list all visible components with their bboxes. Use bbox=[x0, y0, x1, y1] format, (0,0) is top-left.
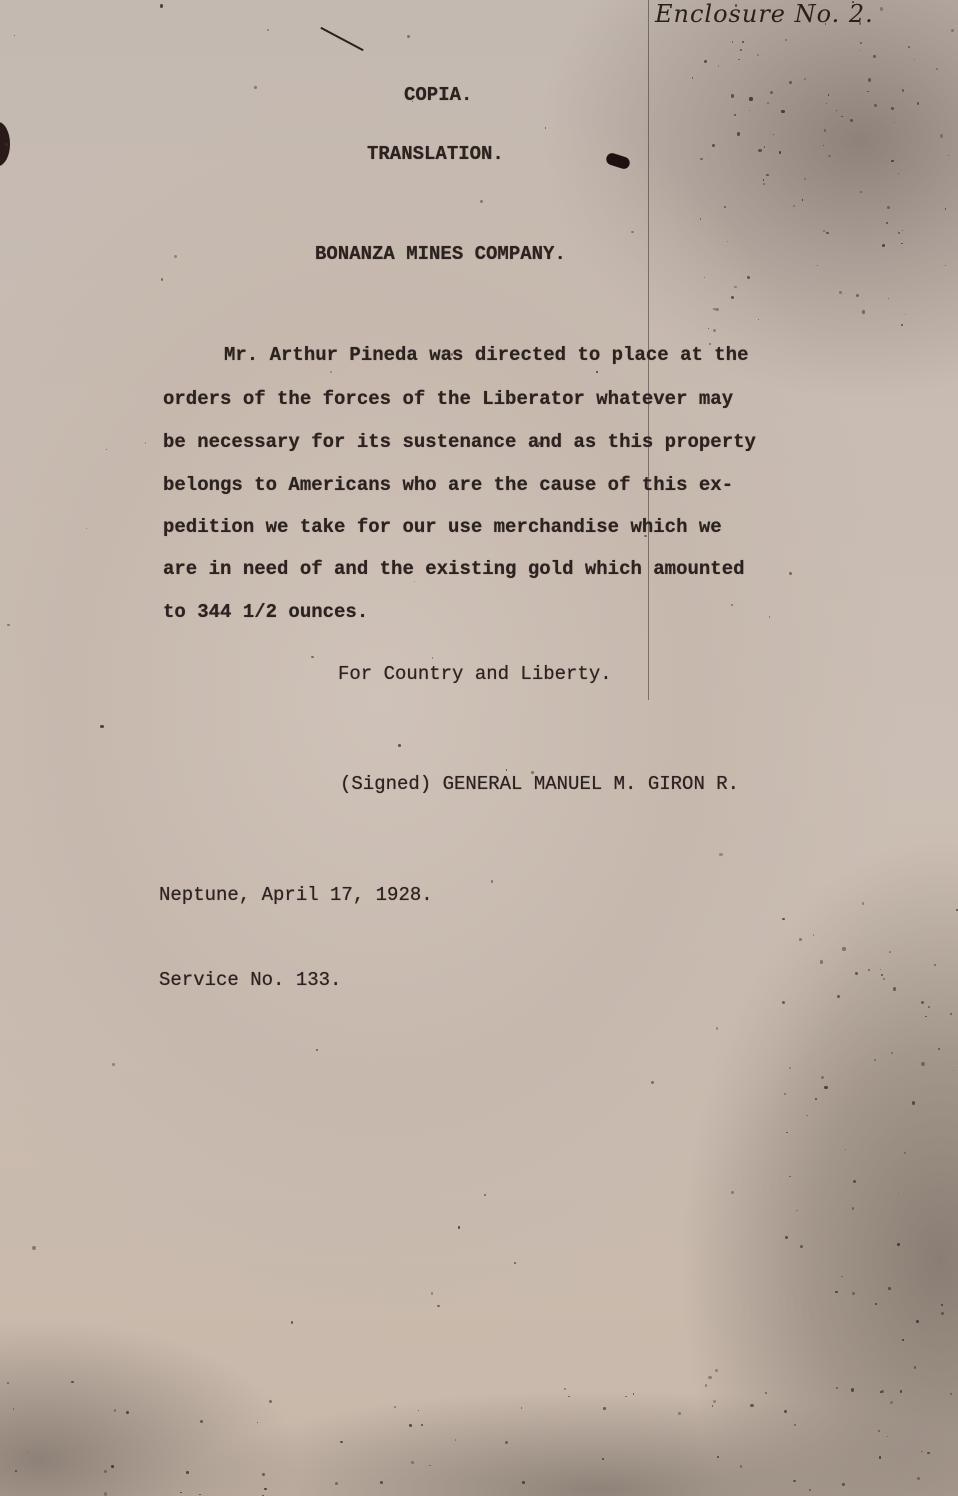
speck bbox=[111, 1465, 113, 1467]
speck bbox=[763, 183, 765, 185]
speck bbox=[200, 1420, 203, 1423]
speck bbox=[891, 160, 893, 162]
speck bbox=[603, 1407, 606, 1410]
speck bbox=[902, 1339, 904, 1341]
speck bbox=[267, 29, 269, 31]
speck bbox=[316, 1049, 318, 1051]
speck bbox=[785, 39, 787, 41]
speck bbox=[941, 1312, 944, 1315]
speck bbox=[625, 1396, 627, 1398]
speck bbox=[879, 1456, 882, 1459]
speck bbox=[784, 1410, 787, 1413]
speck bbox=[765, 1392, 767, 1394]
speck bbox=[429, 1465, 431, 1467]
speck bbox=[708, 328, 710, 330]
speck bbox=[700, 158, 703, 161]
speck bbox=[841, 116, 842, 117]
speck bbox=[330, 371, 332, 373]
speck bbox=[716, 1027, 718, 1029]
speck bbox=[437, 1305, 439, 1307]
speck bbox=[815, 1098, 817, 1100]
speck bbox=[925, 1016, 926, 1017]
speck bbox=[824, 129, 826, 131]
speck bbox=[880, 7, 883, 10]
speck bbox=[837, 995, 840, 998]
place-date: Neptune, April 17, 1928. bbox=[159, 884, 433, 906]
speck bbox=[757, 54, 759, 56]
speck bbox=[14, 35, 16, 37]
speck bbox=[431, 1292, 433, 1294]
speck bbox=[881, 1390, 884, 1393]
speck bbox=[311, 656, 313, 658]
speck bbox=[651, 1081, 654, 1084]
speck bbox=[789, 81, 792, 84]
speck bbox=[934, 964, 936, 966]
speck bbox=[823, 230, 825, 232]
speck bbox=[953, 1070, 954, 1071]
speck bbox=[938, 1048, 940, 1050]
speck bbox=[254, 86, 257, 89]
speck bbox=[828, 94, 829, 95]
speck bbox=[860, 191, 862, 193]
speck bbox=[901, 324, 903, 326]
body-line: pedition we take for our use merchandise… bbox=[163, 516, 722, 538]
speck bbox=[880, 969, 882, 971]
speck bbox=[692, 77, 694, 79]
speck bbox=[898, 173, 900, 175]
speck bbox=[917, 102, 920, 105]
speck bbox=[821, 1076, 824, 1079]
speck bbox=[890, 1401, 893, 1404]
speck bbox=[764, 146, 766, 148]
speck bbox=[889, 951, 891, 953]
speck bbox=[264, 1488, 267, 1491]
speck bbox=[380, 1481, 383, 1484]
speck bbox=[894, 122, 895, 123]
speck bbox=[5, 143, 8, 146]
speck bbox=[888, 298, 889, 299]
speck bbox=[749, 97, 752, 100]
speck bbox=[740, 1465, 743, 1468]
speck bbox=[940, 134, 943, 137]
speck bbox=[793, 205, 795, 207]
speck bbox=[414, 581, 415, 582]
speck bbox=[874, 1059, 876, 1061]
handwritten-annotation: Enclosure No. 2. bbox=[655, 0, 874, 28]
speck bbox=[897, 1243, 900, 1246]
speck bbox=[269, 1400, 272, 1403]
body-line: Mr. Arthur Pineda was directed to place … bbox=[224, 344, 749, 366]
speck bbox=[411, 1461, 414, 1464]
speck bbox=[724, 206, 726, 208]
speck bbox=[32, 1246, 35, 1249]
speck bbox=[731, 296, 734, 299]
speck bbox=[731, 94, 734, 97]
speck bbox=[887, 1436, 888, 1437]
speck bbox=[770, 91, 773, 94]
speck bbox=[898, 232, 900, 234]
speck bbox=[514, 1262, 516, 1264]
speck bbox=[7, 1382, 8, 1383]
speck bbox=[715, 308, 718, 311]
speck bbox=[809, 1489, 811, 1491]
speck bbox=[782, 918, 784, 920]
speck bbox=[891, 1052, 893, 1054]
speck bbox=[713, 1400, 716, 1403]
speck bbox=[782, 1001, 785, 1004]
speck bbox=[860, 50, 861, 51]
speck bbox=[841, 1276, 842, 1277]
speck bbox=[27, 1451, 28, 1452]
speck bbox=[887, 206, 890, 209]
speck bbox=[712, 144, 715, 147]
speck bbox=[945, 208, 946, 209]
speck bbox=[531, 771, 534, 774]
speck bbox=[806, 1115, 808, 1117]
speck bbox=[862, 310, 865, 313]
speck bbox=[734, 286, 737, 289]
speck bbox=[747, 276, 750, 279]
speck bbox=[883, 978, 885, 980]
speck bbox=[704, 277, 705, 278]
speck bbox=[750, 1404, 753, 1407]
speck bbox=[732, 41, 733, 42]
speck bbox=[705, 1384, 708, 1387]
speck bbox=[891, 107, 894, 110]
speck bbox=[859, 22, 862, 25]
body-line: to 344 1/2 ounces. bbox=[163, 601, 368, 623]
heading-company: BONANZA MINES COMPANY. bbox=[315, 243, 566, 265]
speck bbox=[898, 1193, 899, 1194]
speck bbox=[398, 744, 401, 747]
speck bbox=[644, 535, 647, 538]
speck bbox=[851, 1388, 854, 1391]
speck bbox=[104, 1492, 107, 1495]
speck bbox=[781, 110, 784, 113]
speck bbox=[950, 1393, 952, 1395]
speck bbox=[825, 23, 826, 24]
body-line: orders of the forces of the Liberator wh… bbox=[163, 388, 733, 410]
speck bbox=[758, 149, 761, 152]
speck bbox=[927, 1452, 929, 1454]
speck bbox=[902, 230, 903, 231]
document-page: Enclosure No. 2. COPIA. TRANSLATION. BON… bbox=[0, 0, 958, 1496]
speck bbox=[505, 1441, 508, 1444]
ink-blot bbox=[605, 152, 632, 171]
speck bbox=[948, 155, 949, 156]
speck bbox=[917, 1477, 920, 1480]
speck bbox=[826, 103, 827, 104]
speck bbox=[407, 35, 410, 38]
speck bbox=[455, 1439, 456, 1440]
speck bbox=[418, 1410, 419, 1411]
speck bbox=[893, 987, 896, 990]
speck bbox=[734, 114, 736, 116]
speck bbox=[855, 972, 858, 975]
speck bbox=[921, 1001, 924, 1004]
speck bbox=[596, 371, 598, 373]
speck bbox=[779, 151, 782, 154]
speck bbox=[826, 232, 828, 234]
speck bbox=[850, 119, 853, 122]
speck bbox=[853, 1180, 856, 1183]
speck bbox=[908, 46, 910, 48]
closing-line: For Country and Liberty. bbox=[338, 663, 612, 685]
speck bbox=[823, 145, 824, 146]
speck bbox=[394, 1406, 396, 1408]
speck bbox=[836, 110, 837, 111]
speck bbox=[769, 616, 770, 617]
speck bbox=[737, 132, 740, 135]
speck bbox=[521, 1407, 523, 1409]
speck bbox=[262, 1473, 265, 1476]
speck bbox=[766, 174, 768, 176]
speck bbox=[727, 241, 728, 242]
speck bbox=[950, 1013, 952, 1015]
service-number: Service No. 133. bbox=[159, 969, 341, 991]
speck bbox=[862, 902, 865, 905]
speck bbox=[731, 604, 733, 606]
speck bbox=[945, 265, 946, 266]
speck bbox=[773, 134, 774, 135]
body-line: belongs to Americans who are the cause o… bbox=[163, 474, 733, 496]
speck bbox=[874, 104, 877, 107]
speck bbox=[852, 1, 854, 3]
speck bbox=[856, 294, 859, 297]
speck bbox=[740, 49, 742, 51]
speck bbox=[928, 1006, 930, 1008]
speck bbox=[545, 127, 546, 128]
speck bbox=[13, 1408, 14, 1409]
speck bbox=[742, 41, 744, 43]
speck bbox=[631, 231, 634, 234]
speck bbox=[820, 960, 823, 963]
speck bbox=[731, 1191, 734, 1194]
speck bbox=[921, 1062, 924, 1065]
pen-stroke bbox=[320, 27, 363, 51]
speck bbox=[804, 78, 806, 80]
speck bbox=[104, 1470, 107, 1473]
speck bbox=[633, 1393, 635, 1395]
speck bbox=[480, 200, 483, 203]
speck bbox=[484, 1194, 486, 1196]
speck bbox=[186, 1471, 189, 1474]
speck bbox=[852, 1292, 855, 1295]
speck bbox=[860, 42, 862, 44]
heading-copia: COPIA. bbox=[404, 84, 472, 106]
heading-translation: TRANSLATION. bbox=[367, 143, 504, 165]
speck bbox=[160, 4, 163, 7]
speck bbox=[758, 319, 759, 320]
speck bbox=[914, 1366, 916, 1368]
speck bbox=[738, 59, 740, 61]
speck bbox=[538, 442, 541, 445]
speck bbox=[784, 1093, 786, 1095]
speck bbox=[867, 91, 868, 92]
speck bbox=[257, 1422, 258, 1423]
speck bbox=[912, 1101, 915, 1104]
speck bbox=[868, 78, 871, 81]
speck bbox=[835, 1291, 837, 1293]
speck bbox=[941, 1304, 943, 1306]
speck bbox=[180, 1492, 182, 1494]
speck bbox=[7, 624, 9, 626]
speck bbox=[800, 1245, 803, 1248]
speck bbox=[900, 1390, 903, 1393]
speck bbox=[813, 934, 815, 936]
speck bbox=[564, 1388, 566, 1390]
speck bbox=[291, 1321, 294, 1324]
speck bbox=[161, 278, 163, 280]
speck bbox=[789, 572, 792, 575]
speck bbox=[708, 1376, 711, 1379]
speck bbox=[905, 314, 907, 316]
speck bbox=[878, 1430, 880, 1432]
body-line: are in need of and the existing gold whi… bbox=[163, 558, 745, 580]
speck bbox=[678, 1412, 680, 1414]
speck bbox=[106, 449, 107, 450]
speck bbox=[340, 1441, 342, 1443]
speck bbox=[763, 179, 765, 181]
body-line: be necessary for its sustenance and as t… bbox=[163, 431, 756, 453]
speck bbox=[785, 1236, 788, 1239]
speck bbox=[794, 1424, 796, 1426]
speck bbox=[432, 657, 434, 659]
speck bbox=[506, 769, 508, 771]
speck bbox=[888, 1287, 891, 1290]
speck bbox=[491, 880, 494, 883]
speck bbox=[789, 1067, 791, 1069]
speck bbox=[875, 1303, 876, 1304]
speck bbox=[86, 528, 87, 529]
speck bbox=[112, 1063, 115, 1066]
speck bbox=[522, 1481, 525, 1484]
speck bbox=[114, 1409, 116, 1411]
speck bbox=[828, 155, 830, 157]
speck bbox=[719, 853, 722, 856]
speck bbox=[786, 1132, 787, 1133]
speck bbox=[817, 265, 818, 266]
speck bbox=[458, 1226, 460, 1228]
speck bbox=[804, 178, 806, 180]
speck bbox=[568, 1396, 570, 1398]
speck bbox=[335, 1482, 338, 1485]
speck bbox=[873, 55, 875, 57]
signature-line: (Signed) GENERAL MANUEL M. GIRON R. bbox=[340, 773, 739, 795]
speck bbox=[767, 102, 769, 104]
speck bbox=[951, 29, 954, 32]
speck bbox=[921, 1451, 923, 1453]
speck bbox=[842, 1483, 845, 1486]
speck bbox=[902, 89, 905, 92]
speck bbox=[126, 1411, 129, 1414]
speck bbox=[901, 243, 903, 245]
speck bbox=[717, 1456, 719, 1458]
speck bbox=[852, 1207, 855, 1210]
speck bbox=[704, 60, 707, 63]
speck bbox=[839, 291, 842, 294]
speck bbox=[799, 938, 802, 941]
speck bbox=[802, 199, 804, 201]
speck bbox=[145, 442, 147, 444]
speck bbox=[886, 222, 888, 224]
speck bbox=[421, 1424, 423, 1426]
speck bbox=[868, 969, 870, 971]
speck bbox=[718, 65, 720, 67]
speck bbox=[882, 244, 885, 247]
speck bbox=[881, 974, 883, 976]
speck bbox=[842, 947, 845, 950]
speck bbox=[793, 1480, 795, 1482]
speck bbox=[914, 59, 915, 60]
speck bbox=[836, 1387, 838, 1389]
speck bbox=[700, 218, 701, 219]
speck bbox=[789, 1176, 790, 1177]
speck bbox=[412, 101, 413, 102]
speck bbox=[796, 1210, 798, 1212]
speck bbox=[713, 329, 716, 332]
speck bbox=[824, 1086, 827, 1089]
speck bbox=[712, 1405, 713, 1406]
speck bbox=[602, 1458, 604, 1460]
speck bbox=[409, 1424, 411, 1426]
speck bbox=[715, 1369, 718, 1372]
speck bbox=[845, 1149, 846, 1150]
speck bbox=[916, 1320, 919, 1323]
speck bbox=[749, 110, 750, 111]
speck bbox=[71, 1381, 73, 1383]
speck bbox=[199, 1494, 201, 1496]
speck bbox=[904, 1152, 906, 1154]
speck bbox=[15, 1470, 17, 1472]
speck bbox=[936, 68, 938, 70]
speck bbox=[100, 725, 103, 728]
speck bbox=[174, 255, 177, 258]
